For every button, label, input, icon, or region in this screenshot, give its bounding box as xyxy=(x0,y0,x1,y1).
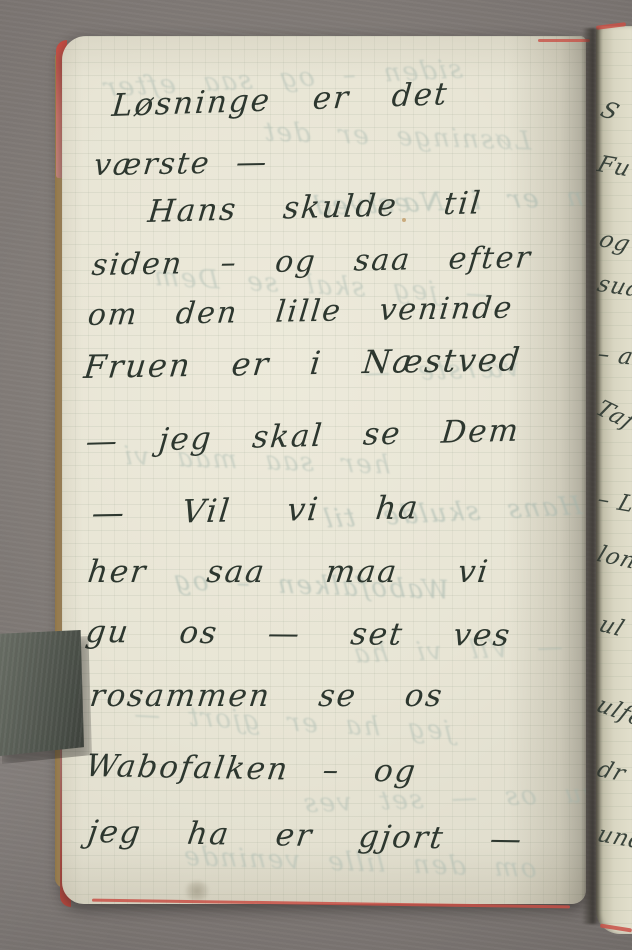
handwriting-line: her saa maa vi xyxy=(86,554,492,590)
handwriting-line: værste — xyxy=(92,145,270,183)
handwriting-line: om den lille veninde xyxy=(86,291,515,333)
handwriting-line: jeg ha er gjort — xyxy=(85,814,525,858)
handwriting-fragment: sua xyxy=(596,271,632,302)
stain-mark xyxy=(184,881,210,901)
handwriting-fragment: Fu xyxy=(596,152,632,183)
handwriting-line: gu os — set ves xyxy=(84,614,514,654)
handwriting-fragment: og xyxy=(596,227,632,258)
handwriting-fragment: – L xyxy=(596,487,632,518)
handwriting-line: Fruen er i Næstved xyxy=(82,340,523,386)
notebook-right-page: S Fu og sua – a Taf – L lon ul ulfe dr i… xyxy=(596,26,632,934)
page-gutter-shadow xyxy=(582,28,600,924)
handwriting-fragment: Taf xyxy=(596,396,632,435)
ink-speck xyxy=(402,218,406,222)
notebook-left-page: siden – og saa efter Løsninge er det Fru… xyxy=(62,36,586,904)
handwriting-line: rosammen se os xyxy=(88,678,446,714)
handwriting-fragment: – a xyxy=(596,341,632,370)
handwriting-fragment: S xyxy=(596,97,623,126)
handwriting-fragment: ul xyxy=(596,612,628,642)
handwriting-fragment: lon xyxy=(596,542,632,575)
bookmark-strap xyxy=(0,630,84,756)
handwriting-fragment: dr i xyxy=(596,757,632,791)
handwriting-fragment: und xyxy=(596,822,632,855)
handwriting-line: Wabofalken – og xyxy=(83,748,419,790)
handwriting-fragment: ulfe xyxy=(596,692,632,732)
handwriting-line: — Vil vi ha xyxy=(90,488,421,532)
